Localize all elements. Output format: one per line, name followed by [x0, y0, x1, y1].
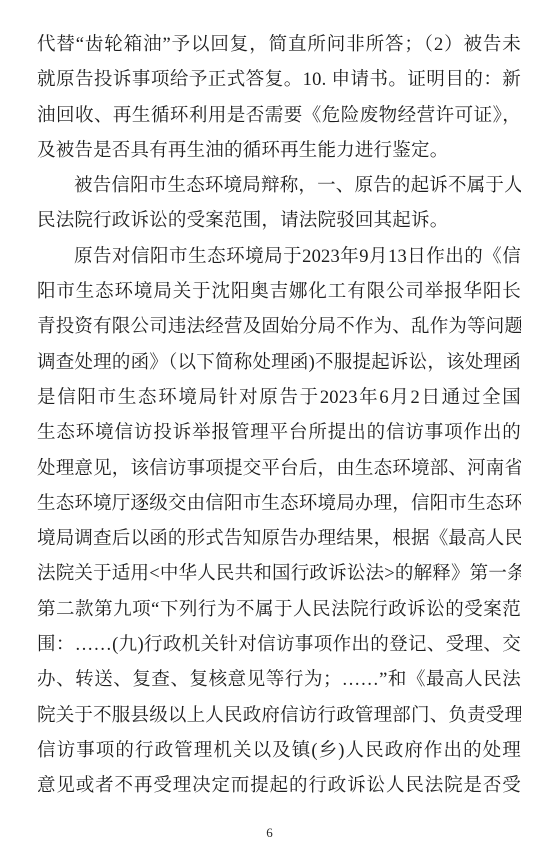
text-line: 民法院行政诉讼的受案范围，请法院驳回其起诉。: [37, 204, 521, 239]
text-line: 信访事项的行政管理机关以及镇(乡)人民政府作出的处理: [37, 734, 521, 769]
text-line: 生态环境信访投诉举报管理平台所提出的信访事项作出的: [37, 416, 521, 451]
text-line: 院关于不服县级以上人民政府信访行政管理部门、负责受理: [37, 699, 521, 734]
text-line: 就原告投诉事项给予正式答复。10. 申请书。证明目的：新: [37, 63, 521, 98]
text-line: 生态环境厅逐级交由信阳市生态环境局办理，信阳市生态环: [37, 487, 521, 522]
document-page: 代替“齿轮箱油”予以回复，简直所问非所答；（2）被告未就原告投诉事项给予正式答复…: [0, 0, 557, 859]
text-line: 油回收、再生循环利用是否需要《危险废物经营许可证》，: [37, 99, 521, 134]
document-body: 代替“齿轮箱油”予以回复，简直所问非所答；（2）被告未就原告投诉事项给予正式答复…: [37, 28, 521, 805]
text-line: 第二款第九项“下列行为不属于人民法院行政诉讼的受案范: [37, 593, 521, 628]
text-line: 代替“齿轮箱油”予以回复，简直所问非所答；（2）被告未: [37, 28, 521, 63]
page-number: 6: [0, 825, 539, 841]
text-line: 围：……(九)行政机关针对信访事项作出的登记、受理、交: [37, 628, 521, 663]
text-line: 阳市生态环境局关于沈阳奥吉娜化工有限公司举报华阳长: [37, 275, 521, 310]
text-line: 调查处理的函》（以下简称处理函)不服提起诉讼，该处理函: [37, 346, 521, 381]
text-line: 办、转送、复查、复核意见等行为；……”和《最高人民法: [37, 663, 521, 698]
text-line: 是信阳市生态环境局针对原告于2023年6月2日通过全国: [37, 381, 521, 416]
text-line: 意见或者不再受理决定而提起的行政诉讼人民法院是否受: [37, 769, 521, 804]
text-line: 青投资有限公司违法经营及固始分局不作为、乱作为等问题: [37, 310, 521, 345]
text-line: 及被告是否具有再生油的循环再生能力进行鉴定。: [37, 134, 521, 169]
text-line: 境局调查后以函的形式告知原告办理结果，根据《最高人民: [37, 522, 521, 557]
text-line: 处理意见，该信访事项提交平台后，由生态环境部、河南省: [37, 452, 521, 487]
text-line: 法院关于适用<中华人民共和国行政诉讼法>的解释》第一条: [37, 557, 521, 592]
text-line: 被告信阳市生态环境局辩称，一、原告的起诉不属于人: [37, 169, 521, 204]
text-line: 原告对信阳市生态环境局于2023年9月13日作出的《信: [37, 240, 521, 275]
